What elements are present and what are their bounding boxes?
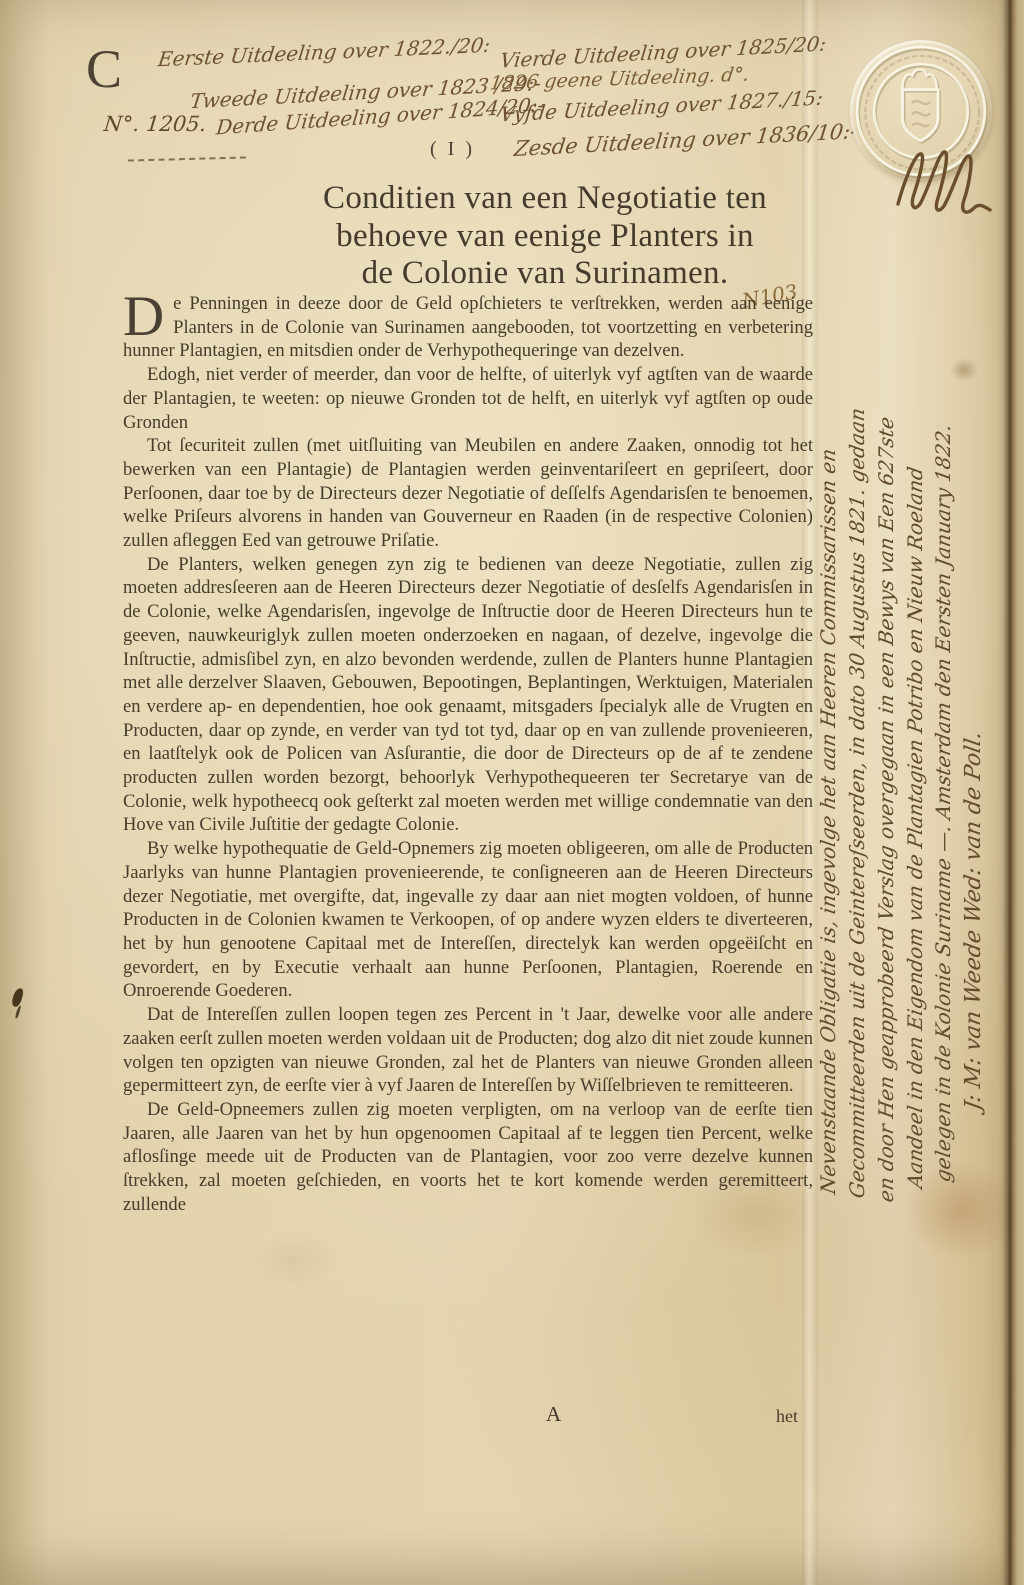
document-page: C Eerste Uitdeeling over 1822./20: Tweed… <box>0 0 1024 1585</box>
margin-note-line: Aandeel in den Eigendom van de Plantagie… <box>903 465 927 1190</box>
title-line: Conditien van een Negotiatie ten <box>230 180 860 218</box>
paragraph: De Planters, welken genegen zyn zig te b… <box>123 553 813 837</box>
margin-note-line: Gecommitteerden uit de Geintereſseerden,… <box>845 406 869 1200</box>
margin-note-line: gelegen in de Kolonie Suriname —. Amster… <box>931 423 955 1184</box>
margin-signature: J: M: van Weede Wed: van de Poll. <box>961 730 986 1112</box>
dashed-underline <box>128 156 246 161</box>
catchword: het <box>776 1406 798 1427</box>
paper-edge <box>998 0 1024 1585</box>
document-title: Conditien van een Negotiatie ten behoeve… <box>230 180 860 293</box>
paragraph: Edogh, niet verder of meerder, dan voor … <box>123 363 813 434</box>
paragraph: De Geld-Opneemers zullen zig moeten verp… <box>123 1098 813 1217</box>
paragraph: Dat de Intereſſen zullen loopen tegen ze… <box>123 1003 813 1098</box>
drop-cap: D <box>123 292 173 339</box>
page-number: ( I ) <box>430 138 475 161</box>
paragraph: De Penningen in deeze door de Geld opſch… <box>123 292 813 363</box>
margin-note-line: Nevenstaande Obligatie is, ingevolge het… <box>816 447 840 1196</box>
annotation-first-uitdeeling: Eerste Uitdeeling over 1822./20: <box>157 33 492 72</box>
margin-note-line: en door Hen geapprobeerd Verslag overgeg… <box>874 415 898 1204</box>
paragraph: By welke hypothequatie de Geld-Opnemers … <box>123 837 813 1003</box>
paragraph: Tot ſecuriteit zullen (met uitſluiting v… <box>123 434 813 553</box>
document-number: N°. 1205. <box>103 112 208 136</box>
paragraph-text: e Penningen in deeze door de Geld opſchi… <box>123 293 813 361</box>
ink-blot <box>11 987 24 1008</box>
document-body: De Penningen in deeze door de Geld opſch… <box>123 292 813 1216</box>
signature-mark: A <box>546 1402 563 1427</box>
paper-stain <box>950 358 978 382</box>
paper-stain <box>250 1230 340 1290</box>
series-letter: C <box>86 42 123 96</box>
title-line: behoeve van eenige Planters in <box>230 218 860 256</box>
signature-paraph-icon <box>890 140 996 228</box>
